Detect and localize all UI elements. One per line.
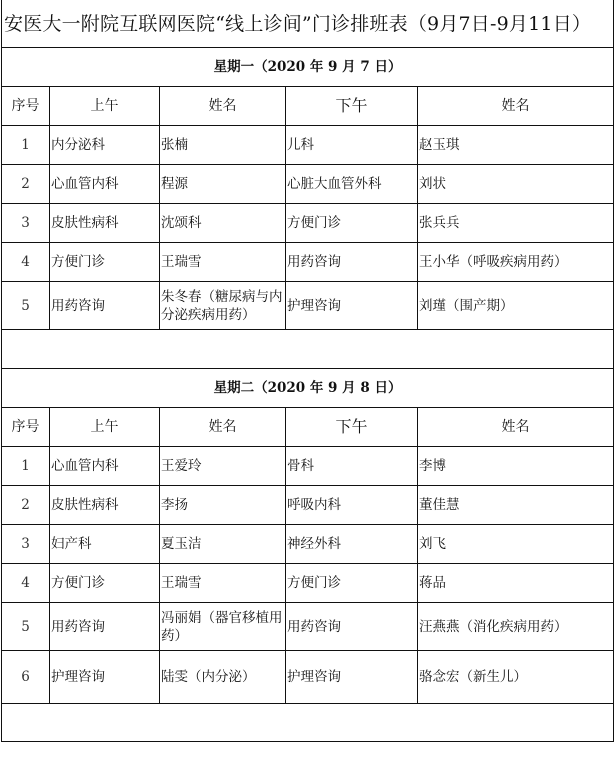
morning-doctor: 王瑞雪 <box>160 243 286 282</box>
day-header-row: 星期二（2020 年 9 月 8 日） <box>2 369 614 408</box>
afternoon-doctor: 张兵兵 <box>418 204 614 243</box>
table-row: 3 皮肤性病科 沈颂科 方便门诊 张兵兵 <box>2 204 614 243</box>
row-index: 3 <box>2 525 50 564</box>
table-row: 1 内分泌科 张楠 儿科 赵玉琪 <box>2 126 614 165</box>
column-header-row: 序号 上午 姓名 下午 姓名 <box>2 408 614 447</box>
afternoon-doctor: 刘飞 <box>418 525 614 564</box>
row-index: 4 <box>2 564 50 603</box>
row-index: 2 <box>2 486 50 525</box>
page-title: 安医大一附院互联网医院“线上诊间”门诊排班表（9月7日-9月11日） <box>2 0 614 48</box>
row-index: 4 <box>2 243 50 282</box>
morning-doctor: 张楠 <box>160 126 286 165</box>
row-index: 1 <box>2 447 50 486</box>
spacer-cell <box>2 704 614 742</box>
table-row: 6 护理咨询 陆雯（内分泌） 护理咨询 骆念宏（新生儿） <box>2 651 614 704</box>
row-index: 2 <box>2 165 50 204</box>
afternoon-department: 呼吸内科 <box>286 486 418 525</box>
afternoon-doctor: 汪燕燕（消化疾病用药） <box>418 603 614 651</box>
afternoon-department: 护理咨询 <box>286 282 418 330</box>
morning-department: 内分泌科 <box>50 126 160 165</box>
table-row: 4 方便门诊 王瑞雪 用药咨询 王小华（呼吸疾病用药） <box>2 243 614 282</box>
morning-department: 皮肤性病科 <box>50 486 160 525</box>
afternoon-department: 骨科 <box>286 447 418 486</box>
header-afternoon-name: 姓名 <box>418 408 614 447</box>
morning-doctor: 王瑞雪 <box>160 564 286 603</box>
morning-department: 用药咨询 <box>50 282 160 330</box>
table-row: 5 用药咨询 冯丽娟（器官移植用药） 用药咨询 汪燕燕（消化疾病用药） <box>2 603 614 651</box>
afternoon-doctor: 骆念宏（新生儿） <box>418 651 614 704</box>
row-index: 1 <box>2 126 50 165</box>
morning-department: 妇产科 <box>50 525 160 564</box>
header-afternoon: 下午 <box>286 87 418 126</box>
table-row: 2 皮肤性病科 李扬 呼吸内科 董佳慧 <box>2 486 614 525</box>
header-index: 序号 <box>2 408 50 447</box>
spacer-row <box>2 330 614 369</box>
row-index: 5 <box>2 282 50 330</box>
morning-doctor: 王爱玲 <box>160 447 286 486</box>
morning-doctor: 程源 <box>160 165 286 204</box>
afternoon-department: 心脏大血管外科 <box>286 165 418 204</box>
afternoon-department: 用药咨询 <box>286 603 418 651</box>
afternoon-department: 方便门诊 <box>286 564 418 603</box>
column-header-row: 序号 上午 姓名 下午 姓名 <box>2 87 614 126</box>
morning-doctor: 李扬 <box>160 486 286 525</box>
day-header-row: 星期一（2020 年 9 月 7 日） <box>2 48 614 87</box>
afternoon-doctor: 王小华（呼吸疾病用药） <box>418 243 614 282</box>
morning-department: 护理咨询 <box>50 651 160 704</box>
afternoon-department: 儿科 <box>286 126 418 165</box>
afternoon-doctor: 刘状 <box>418 165 614 204</box>
table-row: 5 用药咨询 朱冬春（糖尿病与内分泌疾病用药） 护理咨询 刘瑾（围产期） <box>2 282 614 330</box>
day-label: 星期一（2020 年 9 月 7 日） <box>2 48 614 87</box>
table-row: 2 心血管内科 程源 心脏大血管外科 刘状 <box>2 165 614 204</box>
row-index: 3 <box>2 204 50 243</box>
day-label: 星期二（2020 年 9 月 8 日） <box>2 369 614 408</box>
morning-department: 心血管内科 <box>50 447 160 486</box>
morning-department: 心血管内科 <box>50 165 160 204</box>
table-row: 3 妇产科 夏玉洁 神经外科 刘飞 <box>2 525 614 564</box>
morning-department: 皮肤性病科 <box>50 204 160 243</box>
row-index: 5 <box>2 603 50 651</box>
table-row: 1 心血管内科 王爱玲 骨科 李博 <box>2 447 614 486</box>
table-row: 4 方便门诊 王瑞雪 方便门诊 蒋品 <box>2 564 614 603</box>
afternoon-department: 用药咨询 <box>286 243 418 282</box>
header-afternoon-name: 姓名 <box>418 87 614 126</box>
morning-department: 用药咨询 <box>50 603 160 651</box>
header-morning-name: 姓名 <box>160 408 286 447</box>
schedule-table: 安医大一附院互联网医院“线上诊间”门诊排班表（9月7日-9月11日） 星期一（2… <box>1 0 614 742</box>
afternoon-doctor: 董佳慧 <box>418 486 614 525</box>
afternoon-department: 方便门诊 <box>286 204 418 243</box>
header-morning-name: 姓名 <box>160 87 286 126</box>
spacer-cell <box>2 330 614 369</box>
morning-doctor: 沈颂科 <box>160 204 286 243</box>
morning-department: 方便门诊 <box>50 564 160 603</box>
header-index: 序号 <box>2 87 50 126</box>
schedule-sheet: 安医大一附院互联网医院“线上诊间”门诊排班表（9月7日-9月11日） 星期一（2… <box>1 0 612 742</box>
header-morning: 上午 <box>50 408 160 447</box>
spacer-row <box>2 704 614 742</box>
morning-doctor: 夏玉洁 <box>160 525 286 564</box>
morning-doctor: 朱冬春（糖尿病与内分泌疾病用药） <box>160 282 286 330</box>
afternoon-doctor: 刘瑾（围产期） <box>418 282 614 330</box>
afternoon-doctor: 李博 <box>418 447 614 486</box>
title-row: 安医大一附院互联网医院“线上诊间”门诊排班表（9月7日-9月11日） <box>2 0 614 48</box>
morning-department: 方便门诊 <box>50 243 160 282</box>
afternoon-doctor: 蒋品 <box>418 564 614 603</box>
morning-doctor: 冯丽娟（器官移植用药） <box>160 603 286 651</box>
afternoon-department: 神经外科 <box>286 525 418 564</box>
afternoon-doctor: 赵玉琪 <box>418 126 614 165</box>
header-morning: 上午 <box>50 87 160 126</box>
header-afternoon: 下午 <box>286 408 418 447</box>
morning-doctor: 陆雯（内分泌） <box>160 651 286 704</box>
row-index: 6 <box>2 651 50 704</box>
afternoon-department: 护理咨询 <box>286 651 418 704</box>
